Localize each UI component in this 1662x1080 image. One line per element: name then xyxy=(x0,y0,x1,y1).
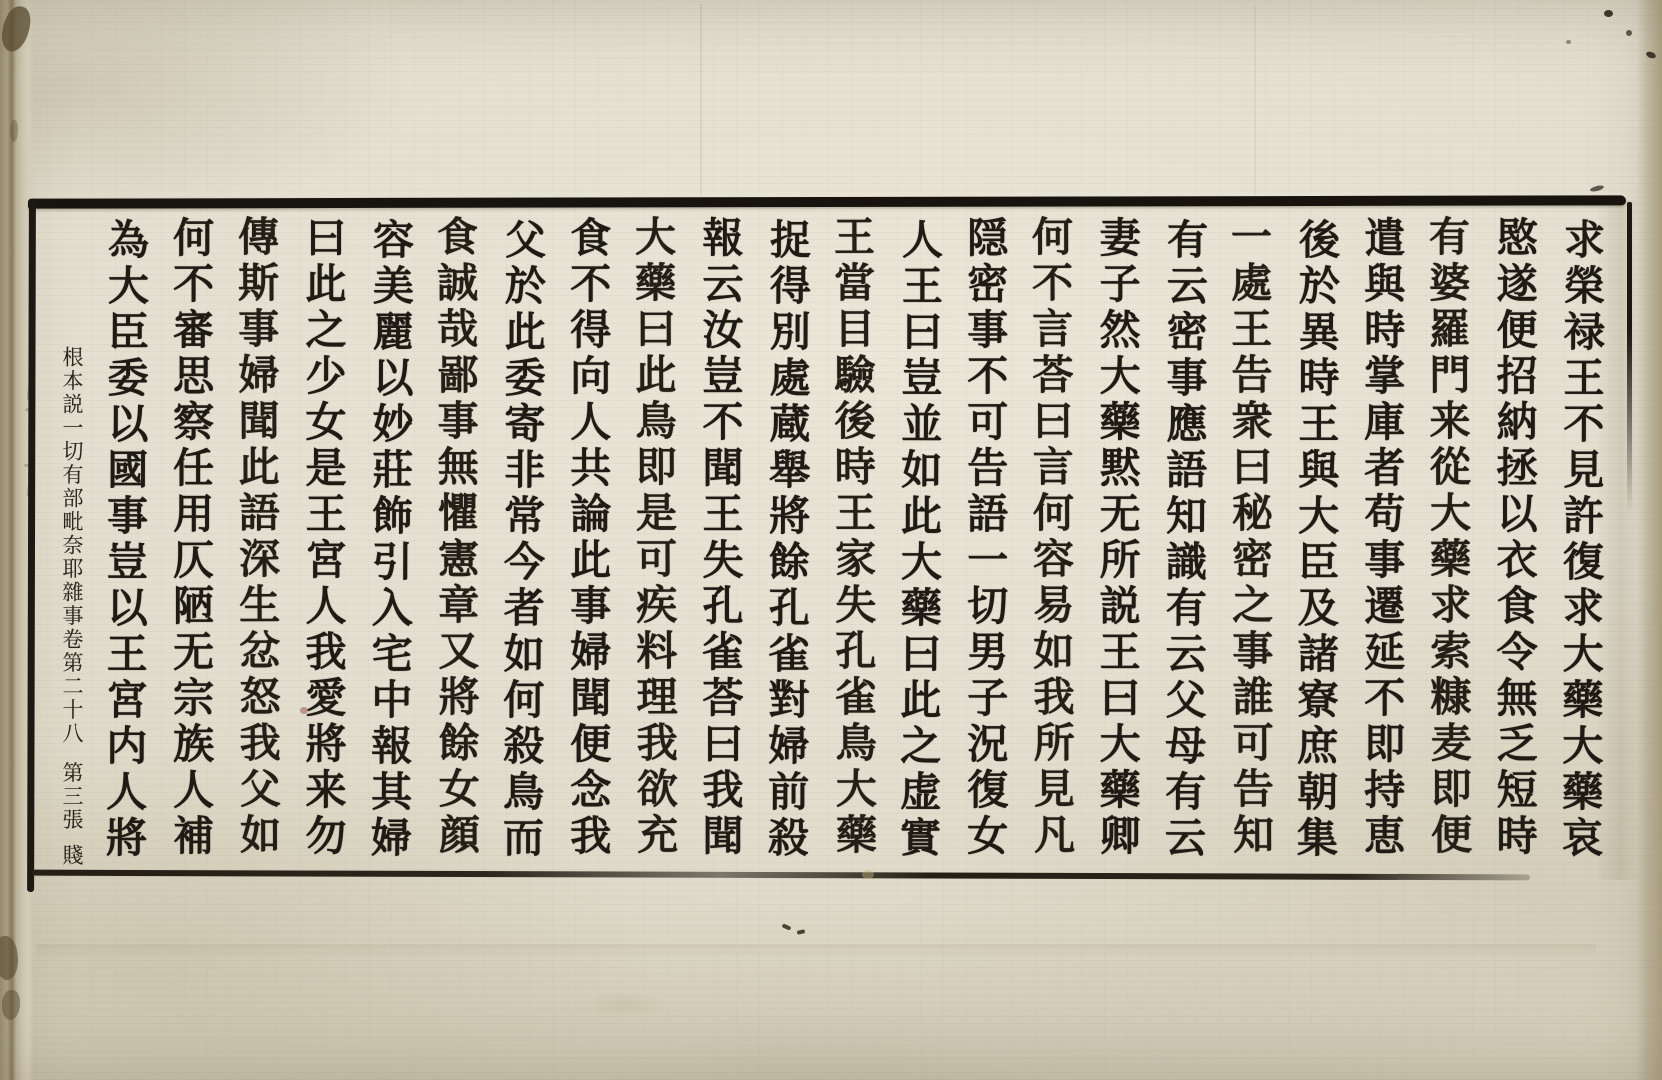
manuscript-page-scan: 求榮禄王不見許復求大藥大藥哀 愍遂便招納拯以衣食令無乏短時 有婆羅門来從大藥求索… xyxy=(0,0,1662,1080)
colophon-column: 根本説一切有部毗奈耶雜事卷第二十八第三張賤 xyxy=(55,346,89,868)
text-column-15: 大藥曰此鳥即是可疾料理我欲充 xyxy=(628,215,678,871)
text-column-19: 容美麗以妙莊飾引入宅中報其婦 xyxy=(364,218,414,874)
text-column-22: 何不審思察任用仄陋无宗族人補 xyxy=(166,216,214,872)
text-column-14: 報云汝豈不聞王失孔雀荅曰我聞 xyxy=(696,216,744,872)
ink-blot xyxy=(0,935,21,982)
text-column-03: 有婆羅門来從大藥求索糠麦即便 xyxy=(1422,215,1472,871)
text-column-05: 後於異時王與大臣及諸寮庶朝集 xyxy=(1290,218,1340,874)
text-column-11: 人王曰豈並如此大藥曰此之虚實 xyxy=(893,218,943,874)
text-column-16: 食不得向人共論此事婦聞便念我 xyxy=(563,216,611,872)
text-column-21: 傳斯事婦聞此語深生忿怒我父如 xyxy=(231,215,281,871)
page-right-edge xyxy=(1636,0,1662,1080)
paper-crease xyxy=(700,4,702,194)
text-column-23: 為大臣委以國事豈以王宮内人將 xyxy=(99,218,149,874)
text-column-04: 遣與時掌庫者苟事遷延不即持恵 xyxy=(1357,216,1405,872)
ink-speck xyxy=(1566,40,1571,44)
case-character: 賤 xyxy=(60,844,84,868)
paper-crease xyxy=(36,944,1596,958)
ink-blot xyxy=(2,990,20,1020)
ink-speck xyxy=(1626,30,1632,36)
sutra-text-block: 求榮禄王不見許復求大藥大藥哀 愍遂便招納拯以衣食令無乏短時 有婆羅門来從大藥求索… xyxy=(100,216,1604,872)
text-column-20: 曰此之少女是王宮人我愛將来勿 xyxy=(299,216,347,872)
text-column-08: 妻子然大藥黙无所説王曰大藥卿 xyxy=(1093,216,1141,872)
text-column-02: 愍遂便招納拯以衣食令無乏短時 xyxy=(1490,216,1538,872)
text-column-13: 捉得別處蔵舉將餘孔雀對婦前殺 xyxy=(761,218,811,874)
text-column-01: 求榮禄王不見許復求大藥大藥哀 xyxy=(1555,218,1605,874)
colophon-title: 根本説一切有部毗奈耶雜事卷第二十八 xyxy=(60,346,84,746)
text-column-07: 有云密事應語知識有云父母有云 xyxy=(1158,218,1208,874)
text-column-10: 隠密事不可告語一切男子況復女 xyxy=(960,216,1008,872)
text-column-17: 父於此委寄非常今者如何殺鳥而 xyxy=(496,218,546,874)
frame-right-border xyxy=(1627,202,1632,512)
text-column-18: 食誠哉鄙事無懼憲章又將餘女顔 xyxy=(430,215,480,871)
ink-speck xyxy=(1604,10,1613,17)
ink-blot xyxy=(0,4,33,54)
sheet-number: 第三張 xyxy=(60,762,84,833)
text-column-12: 王當目驗後時王家失孔雀鳥大藥 xyxy=(827,215,877,871)
text-column-06: 一處王告衆曰秘密之事誰可告知 xyxy=(1224,215,1274,871)
ink-blot xyxy=(10,120,18,142)
text-column-09: 何不言荅曰言何容易如我所見凡 xyxy=(1025,215,1075,871)
paper-crease xyxy=(1254,6,1256,194)
